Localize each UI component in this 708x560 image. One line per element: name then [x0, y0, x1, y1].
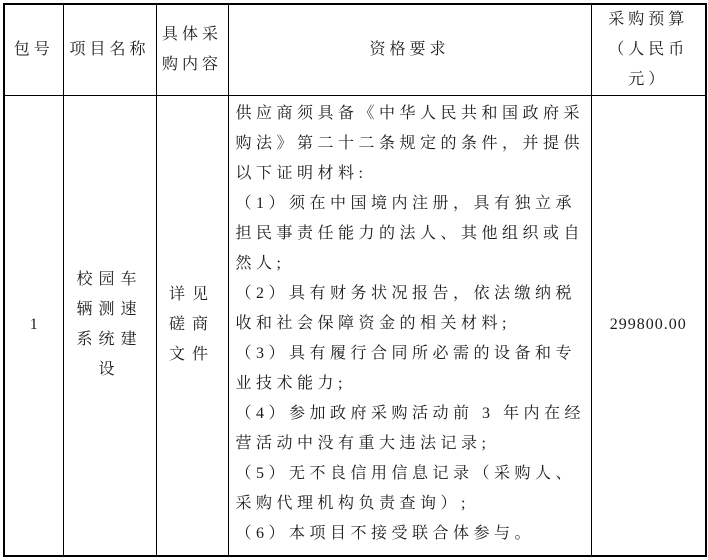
header-budget: 采购预算 （人民币 元） — [591, 4, 706, 96]
procurement-table: 包号 项目名称 具体采 购内容 资格要求 采购预算 （人民币 元） 1 校园车 … — [3, 3, 707, 557]
table-row: 1 校园车 辆测速 系统建 设 详见 磋商 文件 供应商须具备《中华人民共和国政… — [4, 96, 706, 556]
header-procurement-content: 具体采 购内容 — [156, 4, 228, 96]
cell-procurement-content: 详见 磋商 文件 — [156, 96, 228, 556]
procurement-document: 包号 项目名称 具体采 购内容 资格要求 采购预算 （人民币 元） 1 校园车 … — [3, 3, 707, 557]
cell-qualification-requirements: 供应商须具备《中华人民共和国政府采 购法》第二十二条规定的条件，并提供 以下证明… — [228, 96, 591, 556]
cell-package-no: 1 — [4, 96, 63, 556]
header-qualification: 资格要求 — [228, 4, 591, 96]
cell-budget: 299800.00 — [591, 96, 706, 556]
header-project-name: 项目名称 — [63, 4, 156, 96]
table-header-row: 包号 项目名称 具体采 购内容 资格要求 采购预算 （人民币 元） — [4, 4, 706, 96]
header-package-no: 包号 — [4, 4, 63, 96]
cell-project-name: 校园车 辆测速 系统建 设 — [63, 96, 156, 556]
